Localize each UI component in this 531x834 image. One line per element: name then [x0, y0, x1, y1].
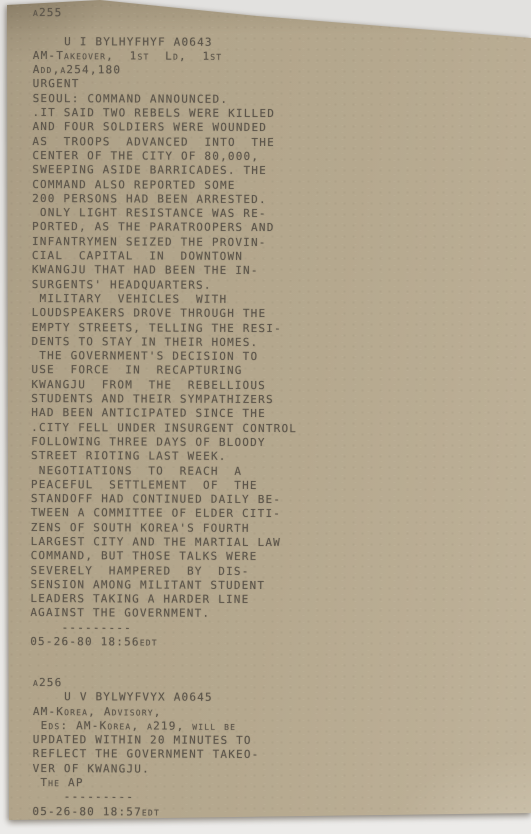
wire-text-line: 05-26-80 18:56edt: [30, 635, 330, 651]
wire-text-line: U V BYLWYFVYX A0645: [33, 690, 333, 706]
wire-text-line: SEVERELY HAMPERED BY DIS-: [31, 564, 331, 580]
wire-text-line: AGAINST THE GOVERNMENT.: [30, 606, 330, 622]
photo-backdrop: a255 U I BYLHYFHYF A0643AM-Takeover, 1st…: [0, 0, 531, 834]
wire-text-line: LOUDSPEAKERS DROVE THROUGH THE: [32, 306, 332, 322]
wire-text-line: STREET RIOTING LAST WEEK.: [31, 449, 331, 465]
wire-text-line: 05-26-80 18:57edt: [32, 805, 332, 821]
wire-text-line: KWANGJU FROM THE REBELLIOUS: [31, 378, 331, 394]
wire-text-line: THE GOVERNMENT'S DECISION TO: [31, 349, 331, 365]
wire-text-line: LARGEST CITY AND THE MARTIAL LAW: [31, 535, 331, 551]
wire-text-line: 200 PERSONS HAD BEEN ARRESTED.: [32, 192, 332, 208]
wire-text-line: PORTED, AS THE PARATROOPERS AND: [32, 220, 332, 236]
wire-text-line: LEADERS TAKING A HARDER LINE: [30, 592, 330, 608]
teletype-paper: a255 U I BYLHYFHYF A0643AM-Takeover, 1st…: [7, 0, 531, 834]
wire-text-line: UPDATED WITHIN 20 MINUTES TO: [33, 733, 333, 749]
wire-text-line: U I BYLHYFHYF A0643: [33, 35, 333, 51]
wire-text-line: CIAL CAPITAL IN DOWNTOWN: [32, 249, 332, 265]
wire-text-line: a256: [33, 676, 333, 692]
wire-text-line: TWEEN A COMMITTEE OF ELDER CITI-: [31, 506, 331, 522]
wire-text-line: ---------: [30, 621, 330, 637]
wire-text-line: COMMAND ALSO REPORTED SOME: [32, 178, 332, 194]
wire-text-line: URGENT: [33, 77, 333, 93]
wire-text-line: FOLLOWING THREE DAYS OF BLOODY: [31, 435, 331, 451]
wire-text-line: COMMAND, BUT THOSE TALKS WERE: [31, 549, 331, 565]
wire-text-line: MILITARY VEHICLES WITH: [32, 292, 332, 308]
wire-text-line: SEOUL: COMMAND ANNOUNCED.: [33, 92, 333, 108]
wire-text-line: HAD BEEN ANTICIPATED SINCE THE: [31, 406, 331, 422]
wire-text-line: KWANGJU THAT HAD BEEN THE IN-: [32, 263, 332, 279]
wire-text-line: AND FOUR SOLDIERS WERE WOUNDED: [32, 120, 332, 136]
wire-text-line: Add,a254,180: [33, 63, 333, 79]
wire-text-line: ---------: [32, 790, 332, 806]
wire-text-line: NEGOTIATIONS TO REACH A: [31, 463, 331, 479]
wire-text-line: SENSION AMONG MILITANT STUDENT: [30, 578, 330, 594]
wire-text-line: Eds: AM-Korea, a219, will be: [33, 719, 333, 735]
wire-text-line: The AP: [33, 776, 333, 792]
wire-text-line: VER OF KWANGJU.: [33, 762, 333, 778]
wire-text-line: [33, 20, 333, 36]
wire-message-a255: a255 U I BYLHYFHYF A0643AM-Takeover, 1st…: [30, 6, 333, 651]
wire-message-a256: a256 U V BYLWYFVYX A0645AM-Korea, Adviso…: [32, 676, 333, 820]
wire-text-line: AM-Takeover, 1st Ld, 1st: [33, 49, 333, 65]
wire-text-line: PEACEFUL SETTLEMENT OF THE: [31, 478, 331, 494]
wire-text-line: .CITY FELL UNDER INSURGENT CONTROL: [31, 421, 331, 437]
wire-text-line: STUDENTS AND THEIR SYMPATHIZERS: [31, 392, 331, 408]
wire-text-line: CENTER OF THE CITY OF 80,000,: [32, 149, 332, 165]
wire-text-line: USE FORCE IN RECAPTURING: [31, 363, 331, 379]
wire-text-line: DENTS TO STAY IN THEIR HOMES.: [32, 335, 332, 351]
wire-text-line: SURGENTS' HEADQUARTERS.: [32, 278, 332, 294]
wire-text-line: EMPTY STREETS, TELLING THE RESI-: [32, 321, 332, 337]
wire-text-line: ZENS OF SOUTH KOREA'S FOURTH: [31, 521, 331, 537]
wire-text-line: STANDOFF HAD CONTINUED DAILY BE-: [31, 492, 331, 508]
wire-text-line: INFANTRYMEN SEIZED THE PROVIN-: [32, 235, 332, 251]
wire-text-line: a255: [33, 6, 333, 22]
wire-text-line: REFLECT THE GOVERNMENT TAKEO-: [33, 747, 333, 763]
wire-text-line: ONLY LIGHT RESISTANCE WAS RE-: [32, 206, 332, 222]
wire-text-line: AS TROOPS ADVANCED INTO THE: [32, 135, 332, 151]
wire-text-line: SWEEPING ASIDE BARRICADES. THE: [32, 163, 332, 179]
wire-text-line: AM-Korea, Advisory,: [33, 705, 333, 721]
wire-text-line: .IT SAID TWO REBELS WERE KILLED: [33, 106, 333, 122]
paper-shadow: a255 U I BYLHYFHYF A0643AM-Takeover, 1st…: [0, 0, 531, 834]
